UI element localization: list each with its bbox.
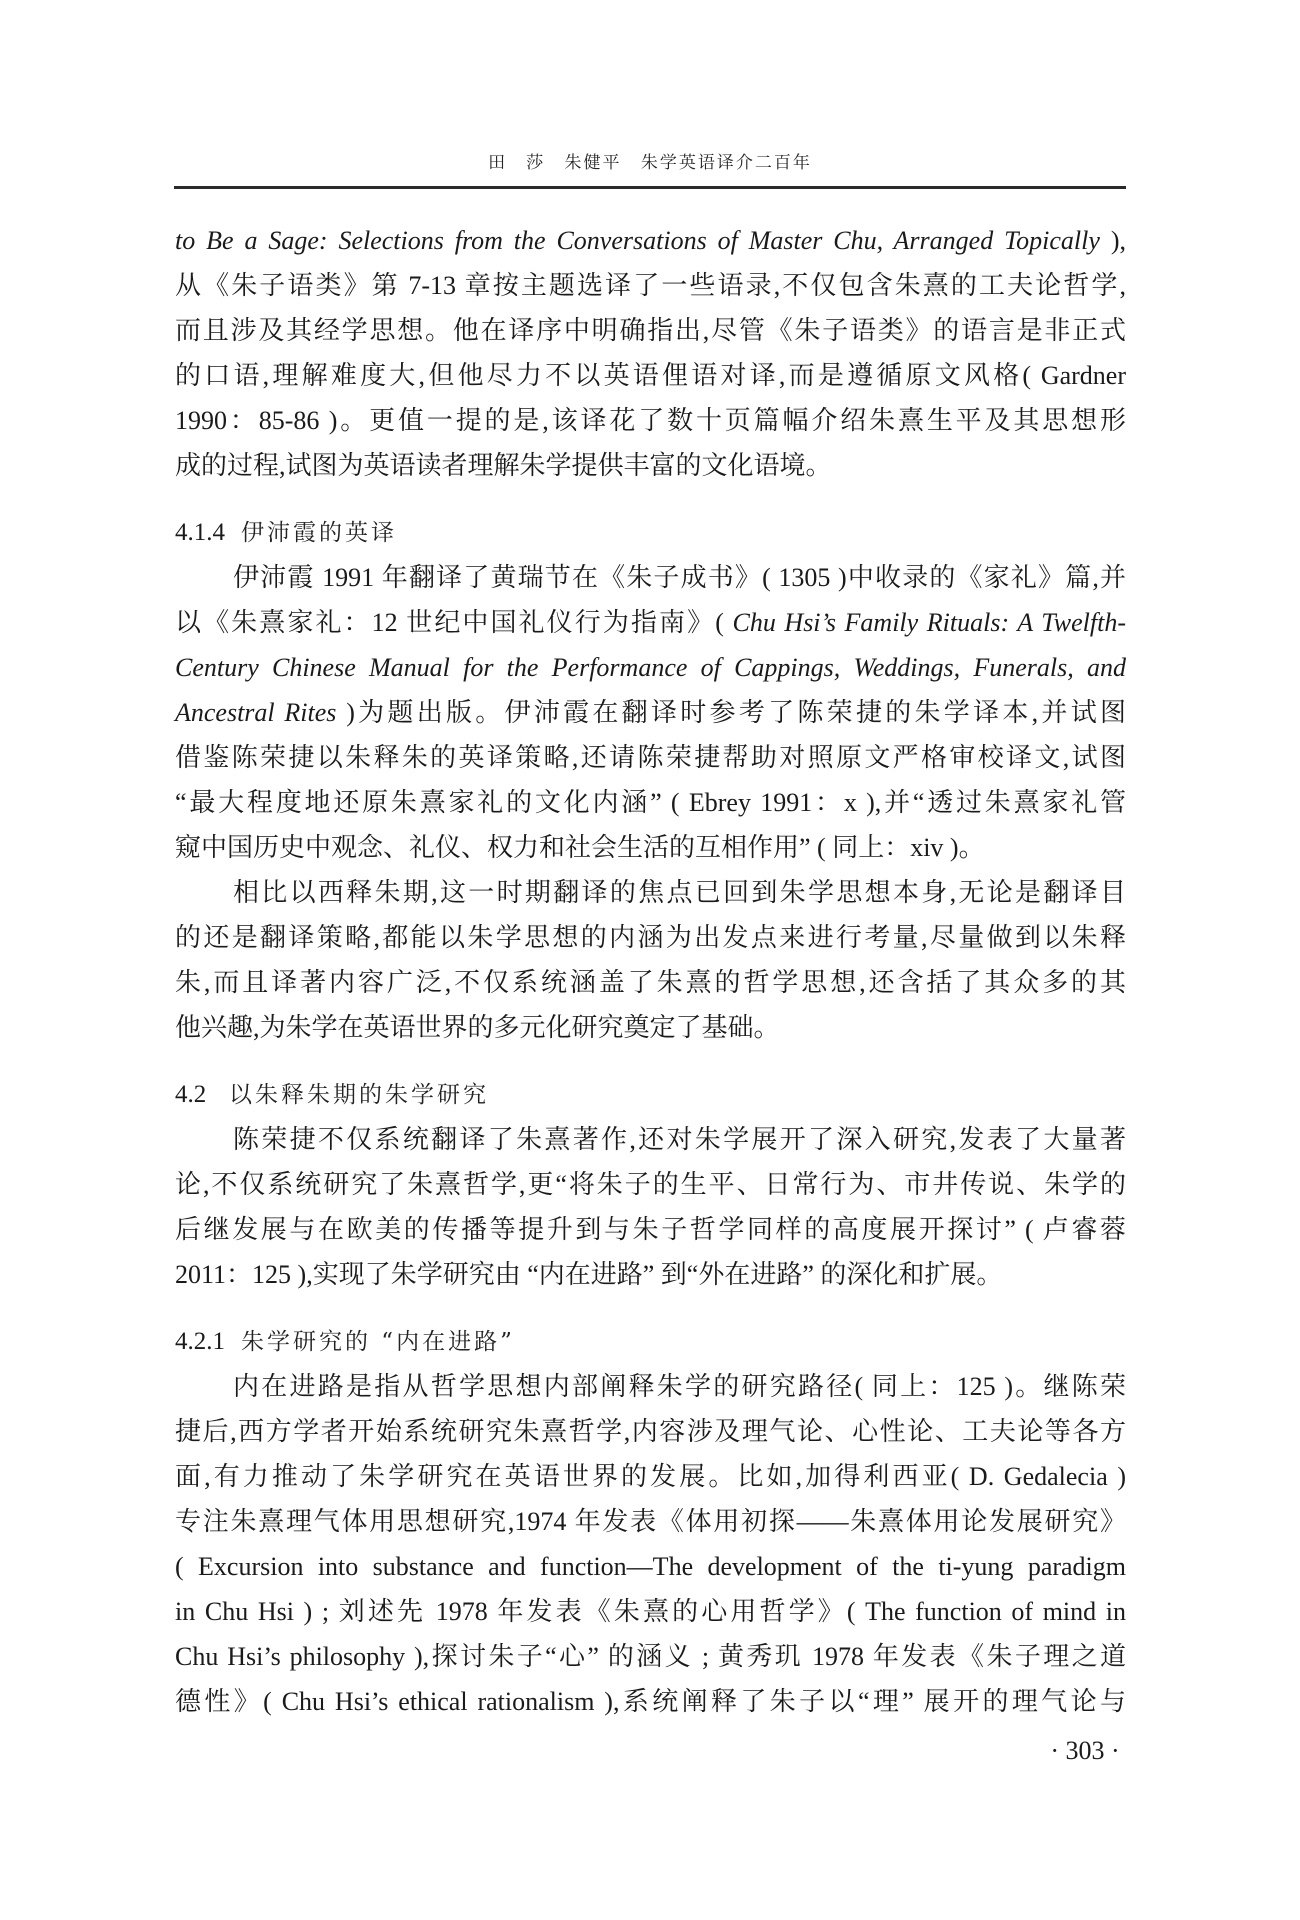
book-title: Chu Hsi’s Family Rituals: A Twelfth- (732, 608, 1126, 637)
book-title: Ancestral Rites (175, 698, 336, 727)
paragraph: 内在进路是指从哲学思想内部阐释朱学的研究路径( 同上：125 )。继陈荣 捷后,… (175, 1364, 1126, 1724)
section-title: 伊沛霞的英译 (241, 520, 397, 546)
text-line: 捷后,西方学者开始系统研究朱熹哲学,内容涉及理气论、心性论、工夫论等各方 (175, 1409, 1126, 1454)
author-2: 朱健平 (565, 153, 622, 173)
text-line: 从《朱子语类》第 7-13 章按主题选译了一些语录,不仅包含朱熹的工夫论哲学, (175, 263, 1126, 308)
section-heading-4-2-1: 4.2.1朱学研究的 “内在进路” (175, 1319, 1126, 1364)
page-number: · 303 · (1040, 1736, 1130, 1766)
section-number: 4.1.4 (175, 510, 241, 555)
text-line: 窥中国历史中观念、礼仪、权力和社会生活的互相作用” ( 同上：xiv )。 (175, 825, 1126, 870)
body-text: to Be a Sage: Selections from the Conver… (175, 218, 1126, 1724)
text-line: 1990：85-86 )。更值一提的是,该译花了数十页篇幅介绍朱熹生平及其思想形 (175, 398, 1126, 443)
text-line: 德性》( Chu Hsi’s ethical rationalism ),系统阐… (175, 1679, 1126, 1724)
text-line: in Chu Hsi ) ; 刘述先 1978 年发表《朱熹的心用哲学》( Th… (175, 1589, 1126, 1634)
text-line: 2011：125 ),实现了朱学研究由 “内在进路” 到“外在进路” 的深化和扩… (175, 1252, 1126, 1297)
text-run: )为题出版。伊沛霞在翻译时参考了陈荣捷的朱学译本,并试图 (336, 698, 1126, 727)
text-run: 以《朱熹家礼：12 世纪中国礼仪行为指南》( (175, 608, 732, 637)
text-line: to Be a Sage: Selections from the Conver… (175, 218, 1126, 263)
section-title: 以朱释朱期的朱学研究 (229, 1082, 489, 1108)
text-line: 面,有力推动了朱学研究在英语世界的发展。比如,加得利西亚( D. Gedalec… (175, 1454, 1126, 1499)
text-line: 成的过程,试图为英语读者理解朱学提供丰富的文化语境。 (175, 443, 1126, 488)
article-title: 朱学英语译介二百年 (641, 153, 812, 173)
text-line: 借鉴陈荣捷以朱释朱的英译策略,还请陈荣捷帮助对照原文严格审校译文,试图 (175, 735, 1126, 780)
paragraph: 伊沛霞 1991 年翻译了黄瑞节在《朱子成书》( 1305 )中收录的《家礼》篇… (175, 555, 1126, 870)
section-number: 4.2.1 (175, 1319, 241, 1364)
section-heading-4-2: 4.2以朱释朱期的朱学研究 (175, 1072, 1126, 1117)
text-line: 的还是翻译策略,都能以朱学思想的内涵为出发点来进行考量,尽量做到以朱释 (175, 915, 1126, 960)
text-line: 他兴趣,为朱学在英语世界的多元化研究奠定了基础。 (175, 1005, 1126, 1050)
text-line: 伊沛霞 1991 年翻译了黄瑞节在《朱子成书》( 1305 )中收录的《家礼》篇… (175, 555, 1126, 600)
text-line: Ancestral Rites )为题出版。伊沛霞在翻译时参考了陈荣捷的朱学译本… (175, 690, 1126, 735)
text-line: 相比以西释朱期,这一时期翻译的焦点已回到朱学思想本身,无论是翻译目 (175, 870, 1126, 915)
paragraph: 陈荣捷不仅系统翻译了朱熹著作,还对朱学展开了深入研究,发表了大量著 论,不仅系统… (175, 1117, 1126, 1297)
author-1: 田 莎 (488, 153, 545, 173)
text-line: 朱,而且译著内容广泛,不仅系统涵盖了朱熹的哲学思想,还含括了其众多的其 (175, 960, 1126, 1005)
text-line: 以《朱熹家礼：12 世纪中国礼仪行为指南》( Chu Hsi’s Family … (175, 600, 1126, 645)
text-line: Chu Hsi’s philosophy ),探讨朱子“心” 的涵义 ; 黄秀玑… (175, 1634, 1126, 1679)
text-line: “最大程度地还原朱熹家礼的文化内涵” ( Ebrey 1991：x ),并“透过… (175, 780, 1126, 825)
book-title: to Be a Sage: Selections from the Conver… (175, 226, 1100, 255)
paragraph-continued: to Be a Sage: Selections from the Conver… (175, 218, 1126, 488)
running-head: 田 莎 朱健平 朱学英语译介二百年 (0, 148, 1300, 173)
text-line: 而且涉及其经学思想。他在译序中明确指出,尽管《朱子语类》的语言是非正式 (175, 308, 1126, 353)
header-rule (174, 186, 1126, 189)
section-number: 4.2 (175, 1072, 229, 1117)
text-line: Century Chinese Manual for the Performan… (175, 645, 1126, 690)
text-line: 专注朱熹理气体用思想研究,1974 年发表《体用初探——朱熹体用论发展研究》 (175, 1499, 1126, 1544)
paragraph: 相比以西释朱期,这一时期翻译的焦点已回到朱学思想本身,无论是翻译目 的还是翻译策… (175, 870, 1126, 1050)
text-line: 后继发展与在欧美的传播等提升到与朱子哲学同样的高度展开探讨” ( 卢睿蓉 (175, 1207, 1126, 1252)
text-line: 论,不仅系统研究了朱熹哲学,更“将朱子的生平、日常行为、市井传说、朱学的 (175, 1162, 1126, 1207)
book-title: Century Chinese Manual for the Performan… (175, 653, 1126, 682)
text-line: 内在进路是指从哲学思想内部阐释朱学的研究路径( 同上：125 )。继陈荣 (175, 1364, 1126, 1409)
text-line: ( Excursion into substance and function—… (175, 1544, 1126, 1589)
section-title: 朱学研究的 “内在进路” (241, 1329, 515, 1355)
text-run: ), (1100, 226, 1126, 255)
text-line: 陈荣捷不仅系统翻译了朱熹著作,还对朱学展开了深入研究,发表了大量著 (175, 1117, 1126, 1162)
section-heading-4-1-4: 4.1.4伊沛霞的英译 (175, 510, 1126, 555)
text-line: 的口语,理解难度大,但他尽力不以英语俚语对译,而是遵循原文风格( Gardner (175, 353, 1126, 398)
